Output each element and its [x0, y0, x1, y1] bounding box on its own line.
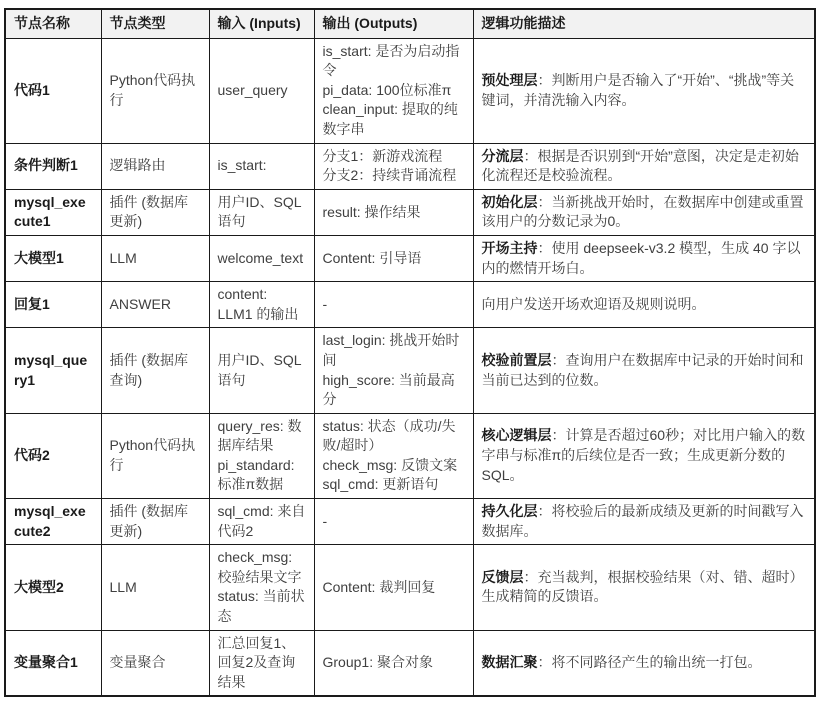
node-description-cell: 数据汇聚：将不同路径产生的输出统一打包。 [473, 630, 815, 696]
description-layer-label: 预处理层 [482, 72, 538, 88]
node-inputs-cell: query_res: 数据库结果 pi_standard: 标准π数据 [209, 413, 314, 498]
description-text: ：根据是否识别到“开始”意图，决定是走初始化流程还是校验流程。 [482, 148, 799, 184]
header-row: 节点名称 节点类型 输入 (Inputs) 输出 (Outputs) 逻辑功能描… [5, 9, 815, 38]
node-name-cell: 变量聚合1 [5, 630, 101, 696]
node-inputs-cell: sql_cmd: 来自代码2 [209, 499, 314, 545]
node-inputs-cell: 汇总回复1、回复2及查询结果 [209, 630, 314, 696]
table-row: 代码1 Python代码执行 user_query is_start: 是否为启… [5, 38, 815, 143]
description-layer-label: 初始化层 [482, 194, 538, 210]
header-description: 逻辑功能描述 [473, 9, 815, 38]
node-outputs-cell: is_start: 是否为启动指令 pi_data: 100位标准π clean… [314, 38, 473, 143]
node-inputs-cell: 用户ID、SQL语句 [209, 328, 314, 413]
description-text: ：将不同路径产生的输出统一打包。 [538, 654, 762, 670]
table-row: mysql_query1 插件 (数据库查询) 用户ID、SQL语句 last_… [5, 328, 815, 413]
node-outputs-cell: - [314, 282, 473, 328]
table-row: 大模型2 LLM check_msg: 校验结果文字 status: 当前状态 … [5, 545, 815, 630]
description-layer-label: 持久化层 [482, 503, 538, 519]
node-name-cell: mysql_query1 [5, 328, 101, 413]
node-type-cell: 插件 (数据库查询) [101, 328, 209, 413]
node-outputs-cell: - [314, 499, 473, 545]
node-type-cell: LLM [101, 235, 209, 281]
header-node-name: 节点名称 [5, 9, 101, 38]
node-type-cell: ANSWER [101, 282, 209, 328]
node-name-cell: 代码1 [5, 38, 101, 143]
node-outputs-cell: Content: 引导语 [314, 235, 473, 281]
node-spec-table: 节点名称 节点类型 输入 (Inputs) 输出 (Outputs) 逻辑功能描… [4, 8, 816, 697]
table-row: 变量聚合1 变量聚合 汇总回复1、回复2及查询结果 Group1: 聚合对象 数… [5, 630, 815, 696]
node-inputs-cell: 用户ID、SQL语句 [209, 189, 314, 235]
table-row: mysql_execute2 插件 (数据库更新) sql_cmd: 来自代码2… [5, 499, 815, 545]
node-description-cell: 核心逻辑层：计算是否超过60秒；对比用户输入的数字串与标准π的后续位是否一致；生… [473, 413, 815, 498]
node-inputs-cell: welcome_text [209, 235, 314, 281]
node-type-cell: Python代码执行 [101, 38, 209, 143]
node-outputs-cell: status: 状态（成功/失败/超时） check_msg: 反馈文案 sql… [314, 413, 473, 498]
table-body: 代码1 Python代码执行 user_query is_start: 是否为启… [5, 38, 815, 696]
node-outputs-cell: last_login: 挑战开始时间 high_score: 当前最高分 [314, 328, 473, 413]
node-inputs-cell: user_query [209, 38, 314, 143]
node-description-cell: 反馈层：充当裁判，根据校验结果（对、错、超时）生成精简的反馈语。 [473, 545, 815, 630]
node-description-cell: 持久化层：将校验后的最新成绩及更新的时间戳写入数据库。 [473, 499, 815, 545]
node-outputs-cell: result: 操作结果 [314, 189, 473, 235]
table-row: 代码2 Python代码执行 query_res: 数据库结果 pi_stand… [5, 413, 815, 498]
description-layer-label: 分流层 [482, 148, 524, 164]
node-name-cell: mysql_execute1 [5, 189, 101, 235]
table-row: 大模型1 LLM welcome_text Content: 引导语 开场主持：… [5, 235, 815, 281]
table-row: 条件判断1 逻辑路由 is_start: 分支1：新游戏流程 分支2：持续背诵流… [5, 143, 815, 189]
node-name-cell: mysql_execute2 [5, 499, 101, 545]
table-header: 节点名称 节点类型 输入 (Inputs) 输出 (Outputs) 逻辑功能描… [5, 9, 815, 38]
node-name-cell: 回复1 [5, 282, 101, 328]
description-layer-label: 开场主持 [482, 240, 538, 256]
node-inputs-cell: is_start: [209, 143, 314, 189]
node-name-cell: 大模型2 [5, 545, 101, 630]
table-row: mysql_execute1 插件 (数据库更新) 用户ID、SQL语句 res… [5, 189, 815, 235]
description-text: 向用户发送开场欢迎语及规则说明。 [482, 296, 706, 312]
node-outputs-cell: 分支1：新游戏流程 分支2：持续背诵流程 [314, 143, 473, 189]
node-type-cell: 逻辑路由 [101, 143, 209, 189]
node-description-cell: 开场主持：使用 deepseek-v3.2 模型，生成 40 字以内的燃情开场白… [473, 235, 815, 281]
header-node-type: 节点类型 [101, 9, 209, 38]
description-layer-label: 反馈层 [482, 569, 524, 585]
node-inputs-cell: check_msg: 校验结果文字 status: 当前状态 [209, 545, 314, 630]
header-inputs: 输入 (Inputs) [209, 9, 314, 38]
node-name-cell: 条件判断1 [5, 143, 101, 189]
node-inputs-cell: content: LLM1 的输出 [209, 282, 314, 328]
node-type-cell: 插件 (数据库更新) [101, 499, 209, 545]
node-type-cell: 插件 (数据库更新) [101, 189, 209, 235]
node-type-cell: Python代码执行 [101, 413, 209, 498]
node-type-cell: 变量聚合 [101, 630, 209, 696]
node-outputs-cell: Group1: 聚合对象 [314, 630, 473, 696]
node-outputs-cell: Content: 裁判回复 [314, 545, 473, 630]
node-description-cell: 分流层：根据是否识别到“开始”意图，决定是走初始化流程还是校验流程。 [473, 143, 815, 189]
node-description-cell: 初始化层：当新挑战开始时，在数据库中创建或重置该用户的分数记录为0。 [473, 189, 815, 235]
table-row: 回复1 ANSWER content: LLM1 的输出 - 向用户发送开场欢迎… [5, 282, 815, 328]
node-name-cell: 代码2 [5, 413, 101, 498]
node-description-cell: 预处理层：判断用户是否输入了“开始”、“挑战”等关键词，并清洗输入内容。 [473, 38, 815, 143]
node-description-cell: 向用户发送开场欢迎语及规则说明。 [473, 282, 815, 328]
header-outputs: 输出 (Outputs) [314, 9, 473, 38]
description-text: ：充当裁判，根据校验结果（对、错、超时）生成精简的反馈语。 [482, 569, 804, 605]
node-type-cell: LLM [101, 545, 209, 630]
description-layer-label: 数据汇聚 [482, 654, 538, 670]
node-name-cell: 大模型1 [5, 235, 101, 281]
description-layer-label: 校验前置层 [482, 352, 552, 368]
description-layer-label: 核心逻辑层 [482, 427, 552, 443]
node-description-cell: 校验前置层：查询用户在数据库中记录的开始时间和当前已达到的位数。 [473, 328, 815, 413]
